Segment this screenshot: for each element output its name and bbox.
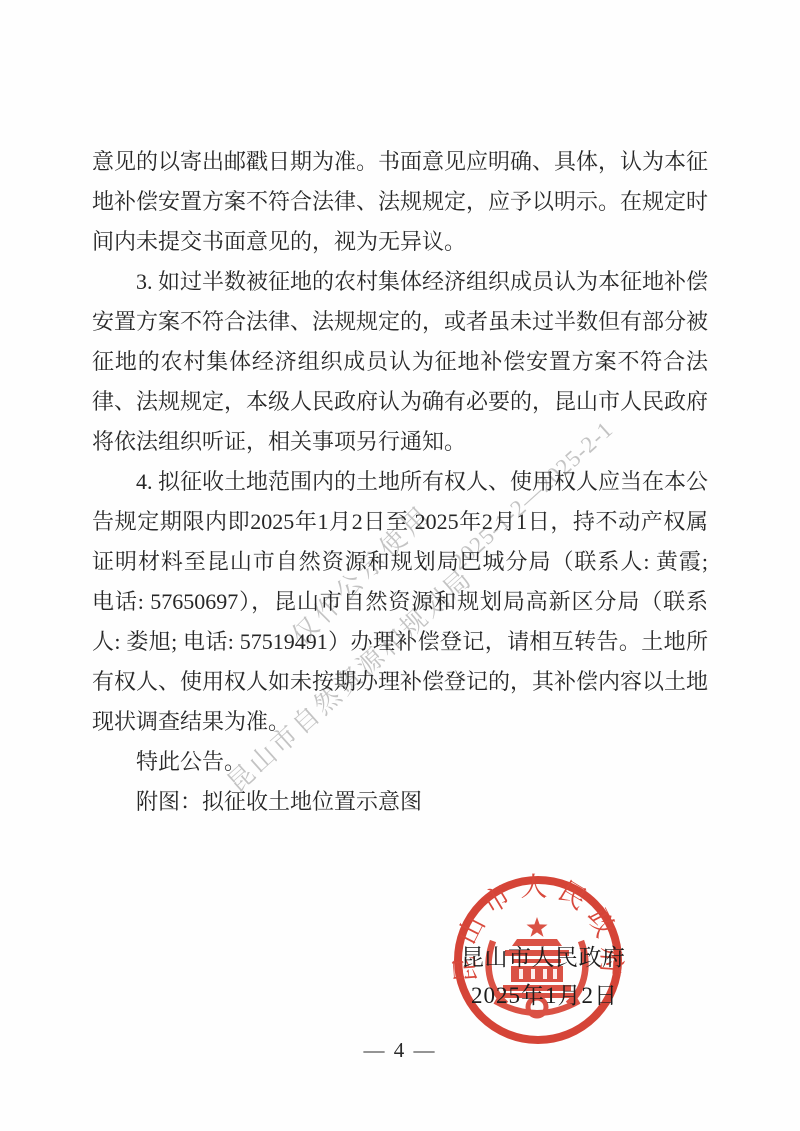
notice-body: 意见的以寄出邮戳日期为准。书面意见应明确、具体，认为本征地补偿安置方案不符合法律… bbox=[92, 142, 708, 822]
page-number: — 4 — bbox=[0, 1038, 800, 1063]
issue-date-text: 2025年1月2日 bbox=[471, 977, 618, 1010]
paragraph-hearing: 3. 如过半数被征地的农村集体经济组织成员认为本征地补偿安置方案不符合法律、法规… bbox=[92, 262, 708, 462]
issuer-signature-text: 昆山市人民政府 bbox=[461, 939, 621, 972]
paragraph-closing: 特此公告。 bbox=[92, 742, 708, 782]
notice-page-4: 昆山市自然资源和规划局 仅作公示使用 2025-1-2—2025-2-1 意见的… bbox=[0, 0, 800, 1131]
paragraph-objection-deadline: 意见的以寄出邮戳日期为准。书面意见应明确、具体，认为本征地补偿安置方案不符合法律… bbox=[92, 142, 708, 262]
paragraph-annex: 附图：拟征收土地位置示意图 bbox=[92, 782, 708, 822]
paragraph-registration: 4. 拟征收土地范围内的土地所有权人、使用权人应当在本公告规定期限内即2025年… bbox=[92, 462, 708, 742]
